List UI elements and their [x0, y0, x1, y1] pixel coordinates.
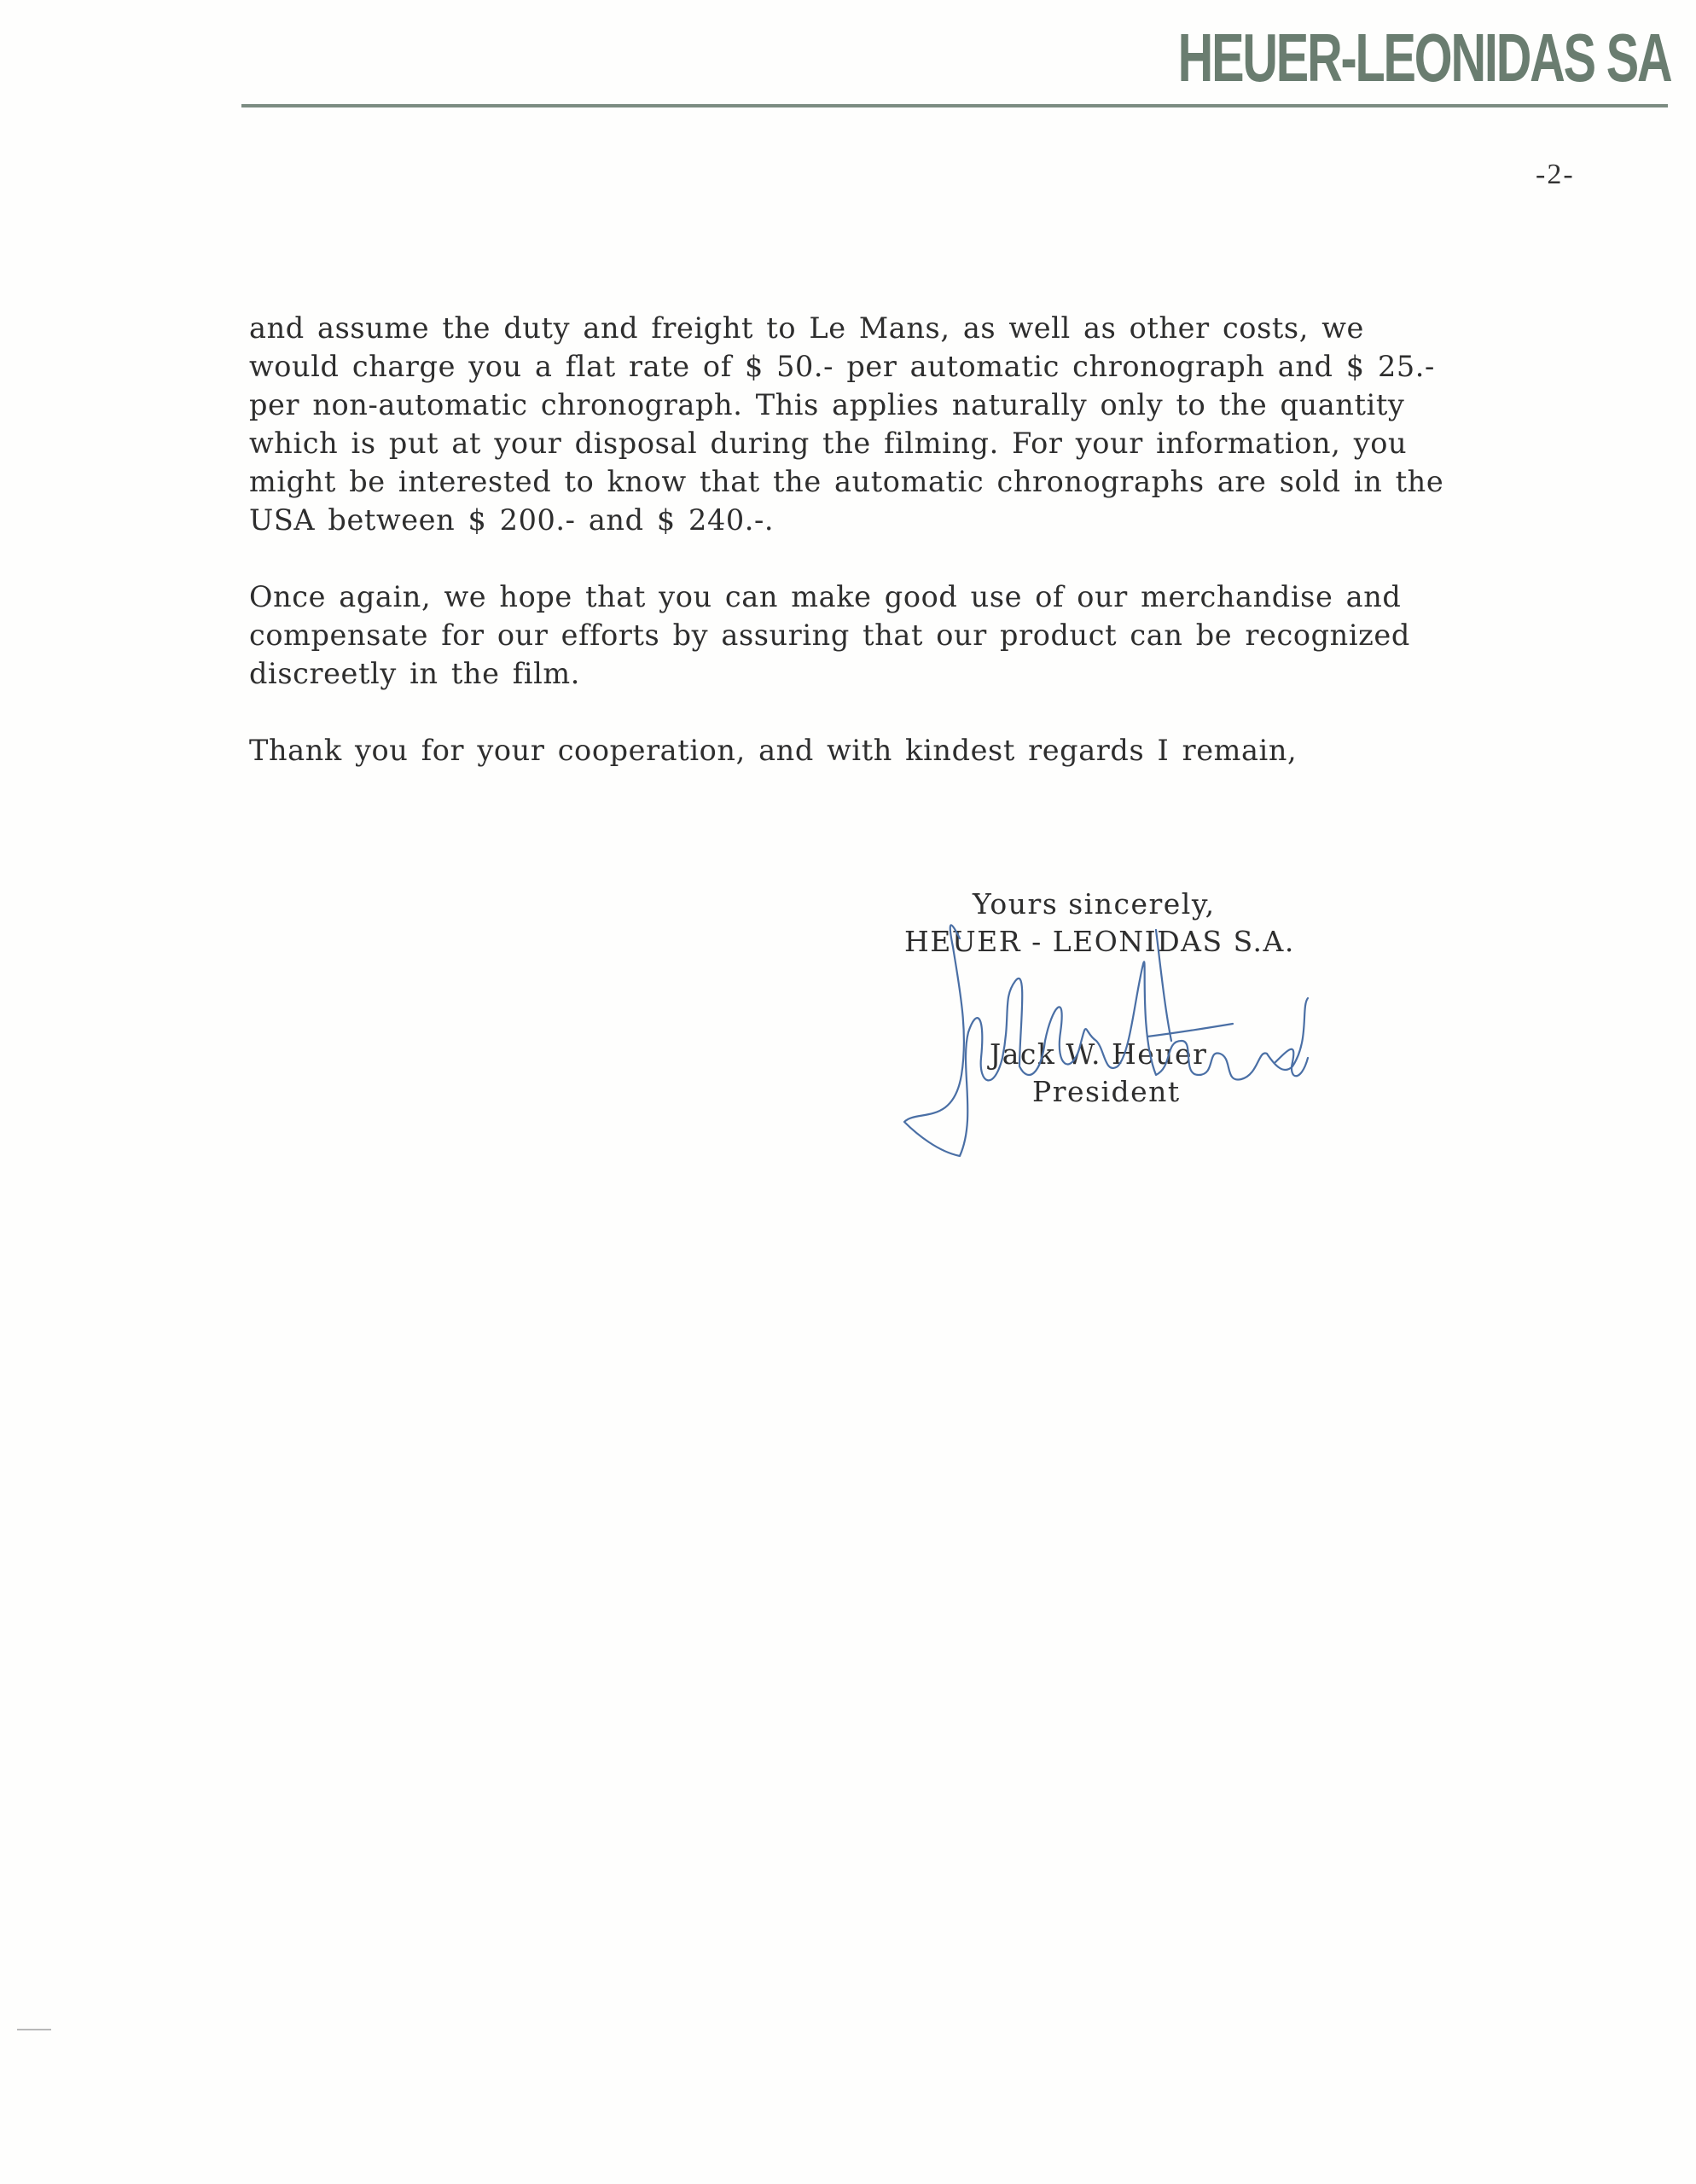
body-line: Thank you for your cooperation, and with… [249, 731, 1580, 770]
letter-body: and assume the duty and freight to Le Ma… [249, 309, 1580, 808]
paragraph-pricing: and assume the duty and freight to Le Ma… [249, 309, 1580, 539]
margin-mark [17, 2029, 51, 2030]
body-line: which is put at your disposal during the… [249, 424, 1580, 462]
body-line: per non-automatic chronograph. This appl… [249, 386, 1580, 424]
body-line: and assume the duty and freight to Le Ma… [249, 309, 1580, 347]
salutation: Yours sincerely, [904, 886, 1295, 923]
signer-name: Jack W. Heuer [904, 1036, 1295, 1073]
signer-title: President [904, 1073, 1295, 1111]
letterhead-rule [241, 104, 1668, 107]
body-line: USA between $ 200.- and $ 240.-. [249, 501, 1580, 539]
body-line: would charge you a flat rate of $ 50.- p… [249, 347, 1580, 386]
page-number: -2- [1536, 159, 1575, 191]
paragraph-thanks: Thank you for your cooperation, and with… [249, 731, 1580, 770]
paragraph-merchandise: Once again, we hope that you can make go… [249, 578, 1580, 693]
closing-company: HEUER - LEONIDAS S.A. [904, 923, 1295, 961]
body-line: discreetly in the film. [249, 654, 1580, 693]
closing-block: Yours sincerely, HEUER - LEONIDAS S.A. J… [904, 886, 1295, 1111]
body-line: Once again, we hope that you can make go… [249, 578, 1580, 616]
letterhead-logo: HEUER-LEONIDAS SA [1177, 24, 1670, 92]
body-line: might be interested to know that the aut… [249, 462, 1580, 501]
body-line: compensate for our efforts by assuring t… [249, 616, 1580, 654]
